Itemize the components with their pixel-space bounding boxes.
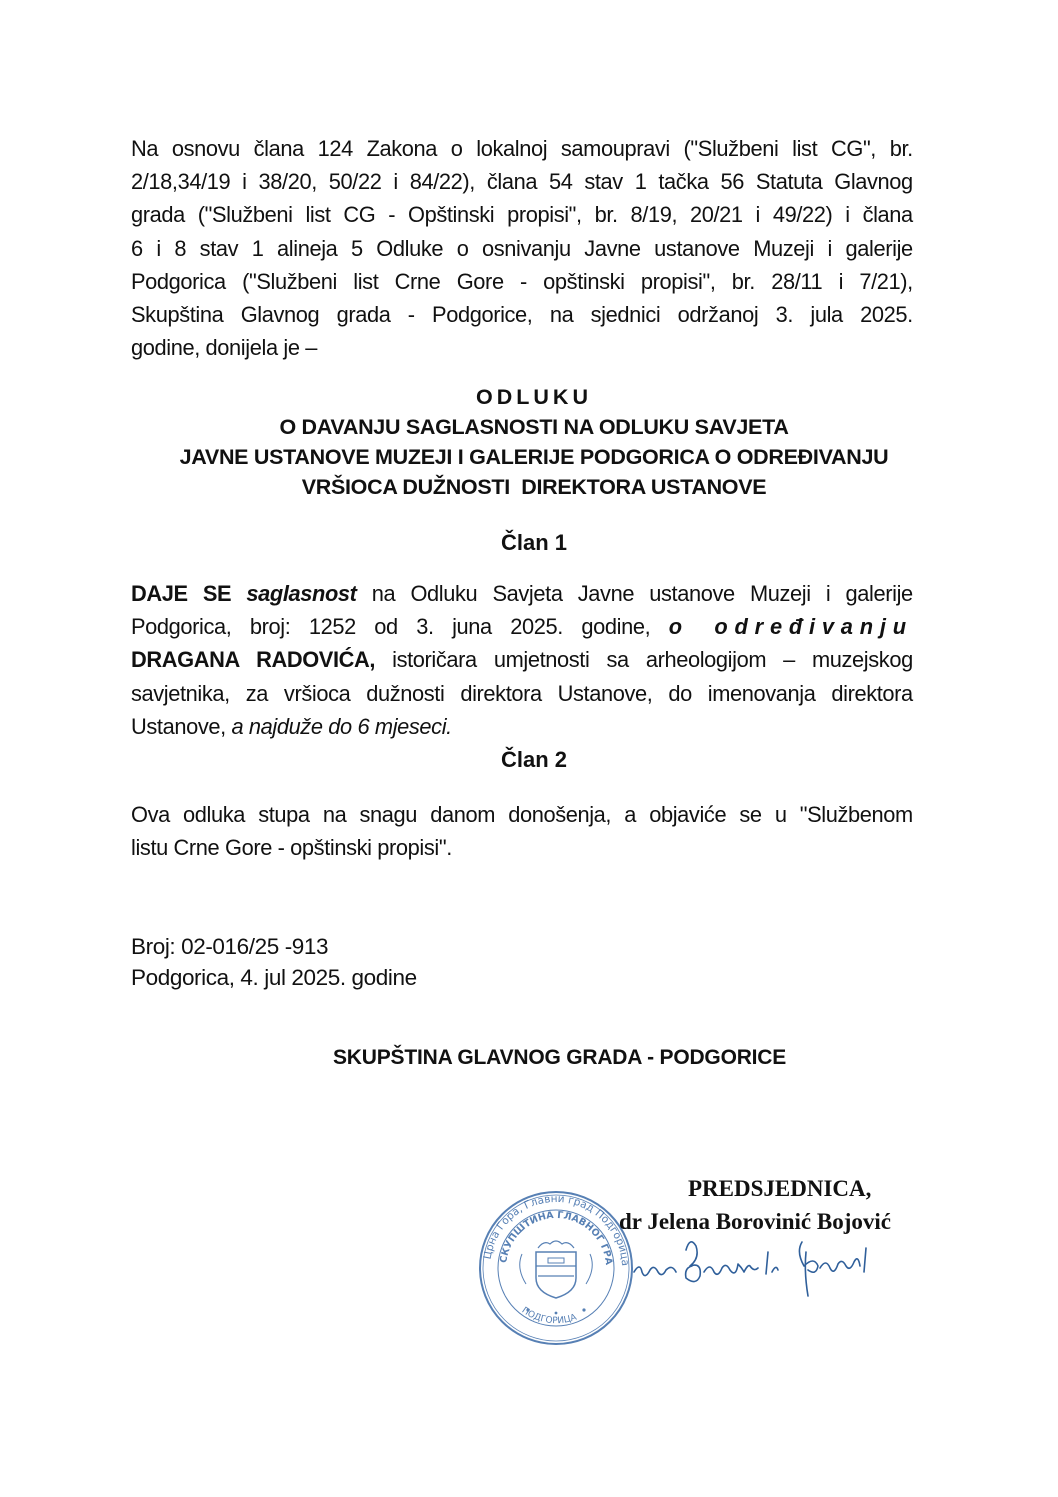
- article-2-line: listu Crne Gore - opštinski propisi".: [131, 831, 913, 864]
- appointment-phrase: o određivanju: [669, 614, 913, 639]
- article-1-text: na Odluku Savjeta Javne ustanove Muzeji …: [372, 581, 913, 606]
- preamble-line: godine, donijela je –: [131, 331, 913, 364]
- article-1-text: Podgorica, broj: 1252 od 3. juna 2025. g…: [131, 614, 650, 639]
- article-2-heading: Član 2: [131, 747, 937, 773]
- appointee-name: DRAGANA RADOVIĆA,: [131, 647, 375, 672]
- preamble-line: Skupština Glavnog grada - Podgorice, na …: [131, 298, 913, 331]
- consent-word: saglasnost: [246, 581, 356, 606]
- document-meta: Broj: 02-016/25 -913 Podgorica, 4. jul 2…: [131, 931, 417, 993]
- article-2-paragraph: Ova odluka stupa na snagu danom donošenj…: [131, 798, 913, 864]
- preamble-line: grada ("Službeni list CG - Opštinski pro…: [131, 198, 913, 231]
- article-1-text: Ustanove,: [131, 714, 226, 739]
- title-line: O DAVANJU SAGLASNOSTI NA ODLUKU SAVJETA: [131, 412, 937, 442]
- title-line: JAVNE USTANOVE MUZEJI I GALERIJE PODGORI…: [131, 442, 937, 472]
- article-1-paragraph: DAJE SE saglasnost na Odluku Savjeta Jav…: [131, 577, 913, 743]
- article-1-line: Podgorica, broj: 1252 od 3. juna 2025. g…: [131, 610, 913, 643]
- article-1-line: Ustanove, a najduže do 6 mjeseci.: [131, 710, 913, 743]
- handwritten-signature-icon: [630, 1232, 910, 1302]
- preamble-line: Podgorica ("Službeni list Crne Gore - op…: [131, 265, 913, 298]
- signatory-block: PREDSJEDNICA, dr Jelena Borovinić Bojovi…: [560, 1172, 920, 1238]
- decision-title: ODLUKU O DAVANJU SAGLASNOSTI NA ODLUKU S…: [131, 382, 937, 502]
- article-1-line: DAJE SE saglasnost na Odluku Savjeta Jav…: [131, 577, 913, 610]
- term-limit-text: a najduže do 6 mjeseci.: [231, 714, 451, 739]
- preamble-paragraph: Na osnovu člana 124 Zakona o lokalnoj sa…: [131, 132, 913, 364]
- title-main: ODLUKU: [131, 382, 937, 412]
- preamble-line: 2/18,34/19 i 38/20, 50/22 i 84/22), član…: [131, 165, 913, 198]
- article-1-heading: Član 1: [131, 530, 937, 556]
- place-date: Podgorica, 4. jul 2025. godine: [131, 962, 417, 993]
- preamble-line: Na osnovu člana 124 Zakona o lokalnoj sa…: [131, 132, 913, 165]
- title-line: VRŠIOCA DUŽNOSTI DIREKTORA USTANOVE: [131, 472, 937, 502]
- article-1-text: istoričara umjetnosti sa arheologijom – …: [392, 647, 913, 672]
- issuing-body: SKUPŠTINA GLAVNOG GRADA - PODGORICE: [333, 1046, 786, 1070]
- document-page: Na osnovu člana 124 Zakona o lokalnoj sa…: [0, 0, 1058, 1497]
- preamble-line: 6 i 8 stav 1 alineja 5 Odluke o osnivanj…: [131, 232, 913, 265]
- article-2-line: Ova odluka stupa na snagu danom donošenj…: [131, 798, 913, 831]
- article-1-line: DRAGANA RADOVIĆA, istoričara umjetnosti …: [131, 643, 913, 676]
- reference-number: Broj: 02-016/25 -913: [131, 931, 417, 962]
- signatory-role: PREDSJEDNICA,: [560, 1172, 920, 1205]
- article-1-line: savjetnika, za vršioca dužnosti direktor…: [131, 677, 913, 710]
- consent-granted-text: DAJE SE: [131, 581, 231, 606]
